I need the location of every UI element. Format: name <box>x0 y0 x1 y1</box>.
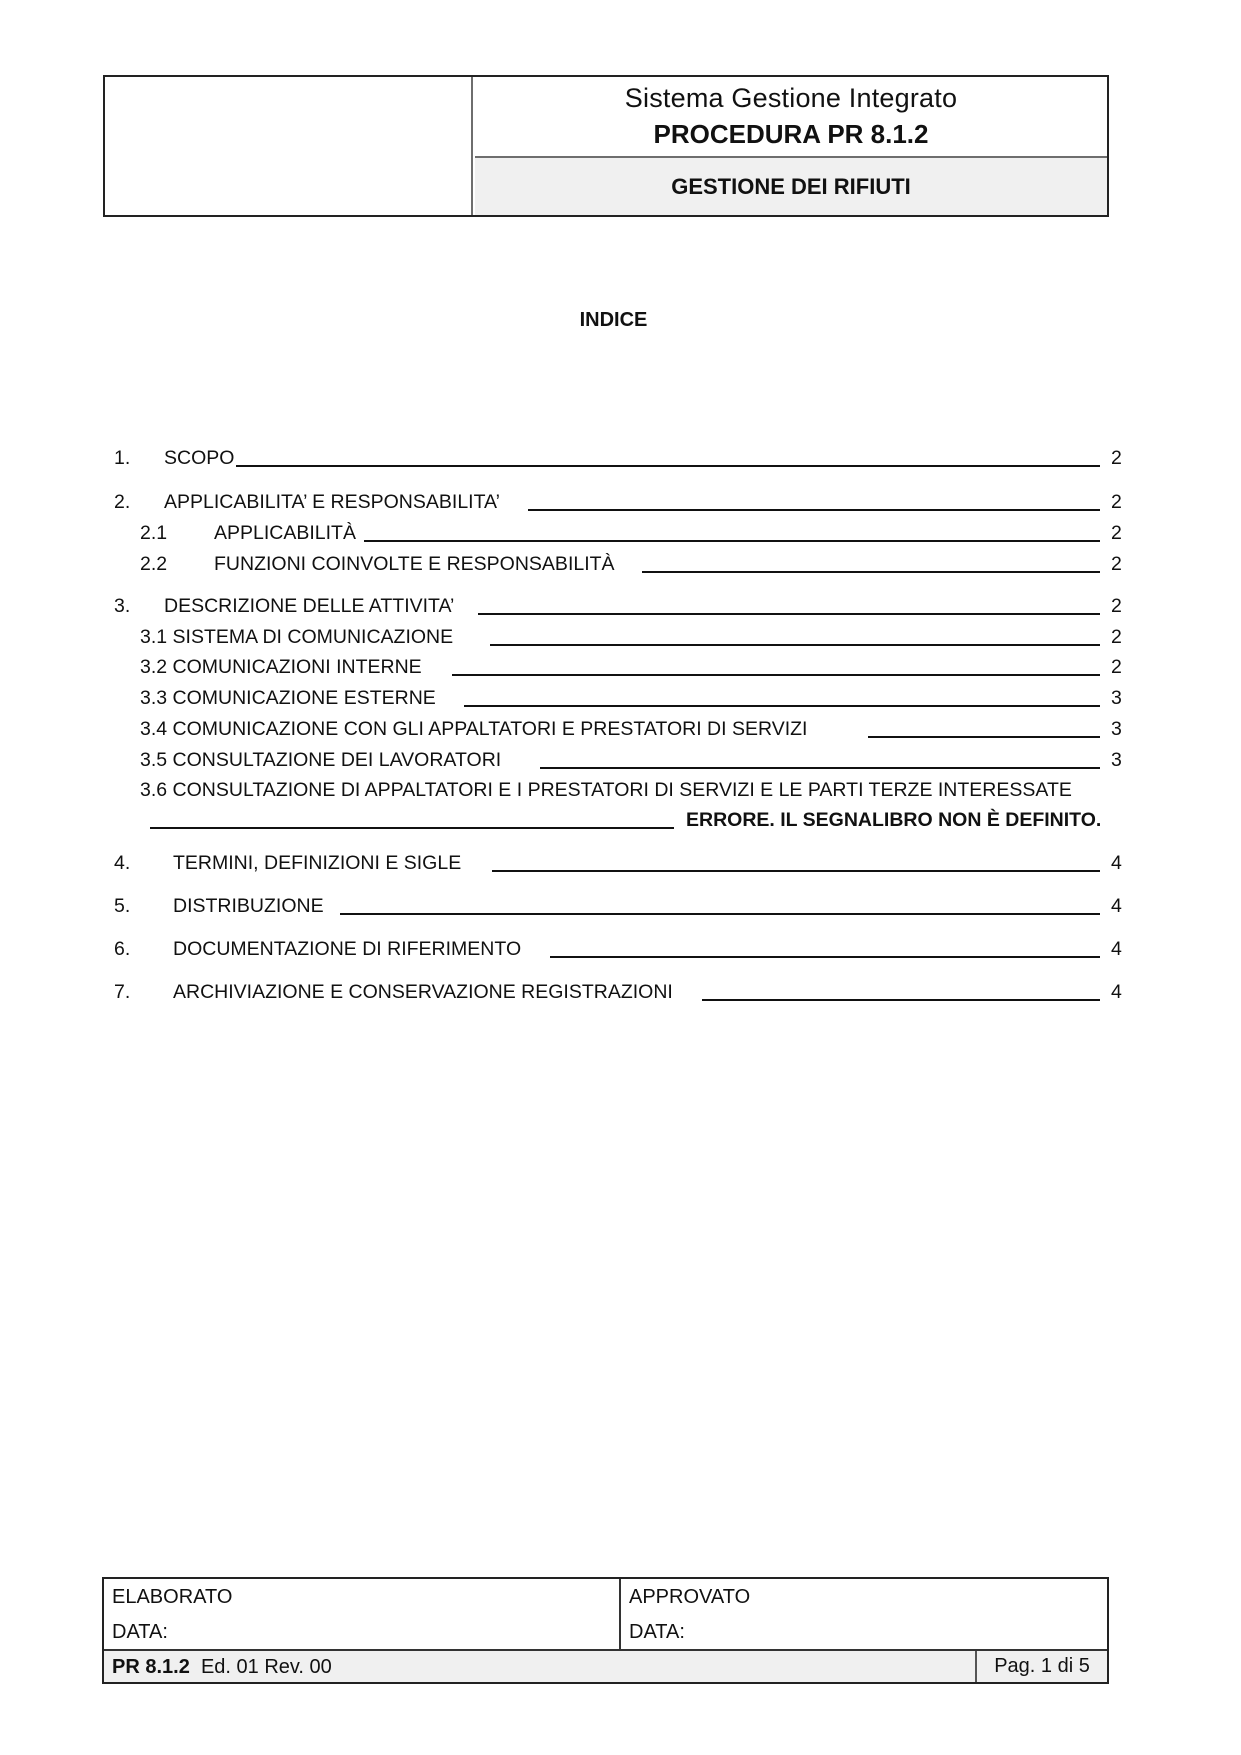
toc-number: 2.1 <box>140 520 167 546</box>
toc-page: 3 <box>1111 685 1122 711</box>
toc-leader <box>868 736 1100 738</box>
toc-leader <box>340 913 1100 915</box>
toc-leader <box>642 571 1100 573</box>
toc-number: 1. <box>114 445 130 471</box>
toc-number: 7. <box>114 979 130 1005</box>
toc-leader <box>540 767 1100 769</box>
document-footer: ELABORATO DATA: APPROVATO DATA: PR 8.1.2… <box>102 1577 1109 1684</box>
prepared-cell: ELABORATO DATA: <box>104 1579 621 1651</box>
toc-leader <box>236 465 1100 467</box>
toc-leader <box>702 999 1100 1001</box>
toc-page: 3 <box>1111 716 1122 742</box>
toc-text: ARCHIVIAZIONE E CONSERVAZIONE REGISTRAZI… <box>173 979 673 1005</box>
toc-text: DESCRIZIONE DELLE ATTIVITA’ <box>164 593 454 619</box>
toc-entry[interactable]: 2. APPLICABILITA’ E RESPONSABILITA’ 2 <box>0 489 1241 515</box>
toc-leader <box>364 540 1100 542</box>
toc-leader <box>490 644 1100 646</box>
toc-text: FUNZIONI COINVOLTE E RESPONSABILITÀ <box>214 551 615 577</box>
toc-page: 2 <box>1111 654 1122 680</box>
toc-leader <box>464 705 1100 707</box>
revision-info: PR 8.1.2 Ed. 01 Rev. 00 <box>112 1656 332 1679</box>
system-name: Sistema Gestione Integrato <box>475 83 1107 113</box>
toc-page: 2 <box>1111 520 1122 546</box>
toc-text: DISTRIBUZIONE <box>173 893 324 919</box>
document-title: GESTIONE DEI RIFIUTI <box>671 174 911 200</box>
toc-leader <box>528 509 1100 511</box>
approved-cell: APPROVATO DATA: <box>621 1579 1107 1651</box>
toc-number: 2.2 <box>140 551 167 577</box>
toc-entry[interactable]: 6. DOCUMENTAZIONE DI RIFERIMENTO 4 <box>0 936 1241 962</box>
toc-number: 3. <box>114 593 130 619</box>
toc-entry[interactable]: 2.2 FUNZIONI COINVOLTE E RESPONSABILITÀ … <box>0 551 1241 577</box>
toc-page: 4 <box>1111 979 1122 1005</box>
toc-entry[interactable]: 2.1 APPLICABILITÀ 2 <box>0 520 1241 546</box>
toc-text: 3.1 SISTEMA DI COMUNICAZIONE <box>140 624 453 650</box>
toc-page: 2 <box>1111 489 1122 515</box>
toc-entry[interactable]: 3.5 CONSULTAZIONE DEI LAVORATORI 3 <box>0 747 1241 773</box>
toc-page: 3 <box>1111 747 1122 773</box>
toc-text: 3.3 COMUNICAZIONE ESTERNE <box>140 685 436 711</box>
toc-entry[interactable]: 3.6 CONSULTAZIONE DI APPALTATORI E I PRE… <box>0 777 1241 833</box>
toc-entry[interactable]: 1. SCOPO 2 <box>0 445 1241 471</box>
document-header: Sistema Gestione Integrato PROCEDURA PR … <box>103 75 1109 217</box>
approved-label: APPROVATO <box>629 1586 750 1609</box>
toc-entry[interactable]: 3.3 COMUNICAZIONE ESTERNE 3 <box>0 685 1241 711</box>
prepared-label: ELABORATO <box>112 1586 232 1609</box>
toc-page: 4 <box>1111 893 1122 919</box>
index-title: INDICE <box>0 309 1227 332</box>
approved-date-label: DATA: <box>629 1621 685 1644</box>
toc-number: 5. <box>114 893 130 919</box>
document-code: PR 8.1.2 <box>112 1656 190 1678</box>
toc-page: 2 <box>1111 593 1122 619</box>
toc-page: 4 <box>1111 936 1122 962</box>
toc-leader <box>492 870 1100 872</box>
toc-leader <box>452 674 1100 676</box>
toc-text: TERMINI, DEFINIZIONI E SIGLE <box>173 850 461 876</box>
toc-page: 2 <box>1111 445 1122 471</box>
toc-entry[interactable]: 3. DESCRIZIONE DELLE ATTIVITA’ 2 <box>0 593 1241 619</box>
toc-text: 3.4 COMUNICAZIONE CON GLI APPALTATORI E … <box>140 716 807 742</box>
edition-revision: Ed. 01 Rev. 00 <box>201 1656 332 1678</box>
prepared-date-label: DATA: <box>112 1621 168 1644</box>
toc-page: 2 <box>1111 551 1122 577</box>
page-number: Pag. 1 di 5 <box>975 1651 1107 1682</box>
toc-text: 3.5 CONSULTAZIONE DEI LAVORATORI <box>140 747 501 773</box>
procedure-code: PROCEDURA PR 8.1.2 <box>475 117 1107 151</box>
toc-text: 3.6 CONSULTAZIONE DI APPALTATORI E I PRE… <box>140 777 1072 803</box>
toc-page: 4 <box>1111 850 1122 876</box>
toc-text: APPLICABILITÀ <box>214 520 356 546</box>
toc-text: 3.2 COMUNICAZIONI INTERNE <box>140 654 422 680</box>
toc-bookmark-error: ERRORE. IL SEGNALIBRO NON È DEFINITO. <box>686 807 1101 833</box>
toc-text: SCOPO <box>164 445 234 471</box>
toc-number: 6. <box>114 936 130 962</box>
toc-page: 2 <box>1111 624 1122 650</box>
toc-leader <box>478 613 1100 615</box>
toc-entry[interactable]: 3.2 COMUNICAZIONI INTERNE 2 <box>0 654 1241 680</box>
toc-entry[interactable]: 4. TERMINI, DEFINIZIONI E SIGLE 4 <box>0 850 1241 876</box>
toc-number: 4. <box>114 850 130 876</box>
toc-text: DOCUMENTAZIONE DI RIFERIMENTO <box>173 936 521 962</box>
revision-row: PR 8.1.2 Ed. 01 Rev. 00 Pag. 1 di 5 <box>104 1651 1107 1682</box>
toc-number: 2. <box>114 489 130 515</box>
logo-cell <box>105 77 473 215</box>
toc-entry[interactable]: 7. ARCHIVIAZIONE E CONSERVAZIONE REGISTR… <box>0 979 1241 1005</box>
toc-text: APPLICABILITA’ E RESPONSABILITA’ <box>164 489 500 515</box>
toc-leader <box>150 827 674 829</box>
toc-entry[interactable]: 5. DISTRIBUZIONE 4 <box>0 893 1241 919</box>
toc-entry[interactable]: 3.4 COMUNICAZIONE CON GLI APPALTATORI E … <box>0 716 1241 742</box>
header-subject-cell: GESTIONE DEI RIFIUTI <box>475 158 1107 215</box>
toc-leader <box>550 956 1100 958</box>
header-title-cell: Sistema Gestione Integrato PROCEDURA PR … <box>475 77 1107 158</box>
toc-entry[interactable]: 3.1 SISTEMA DI COMUNICAZIONE 2 <box>0 624 1241 650</box>
